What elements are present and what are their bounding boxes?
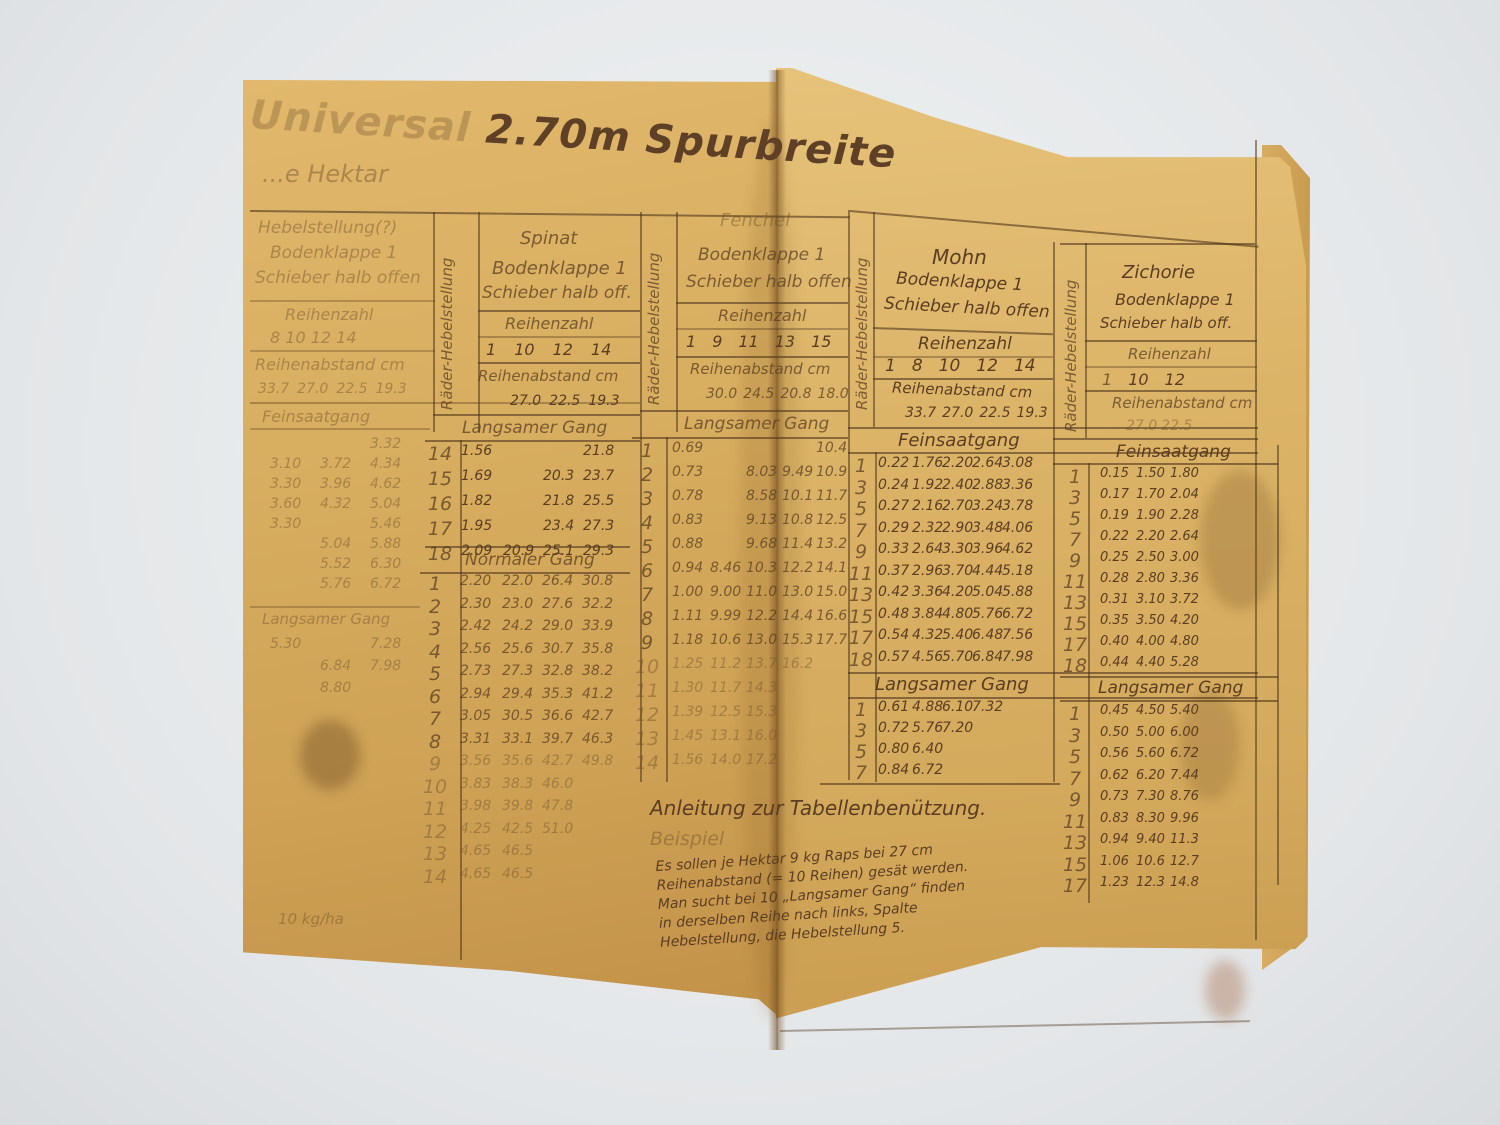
lever-cell: 13 <box>632 728 662 752</box>
cell: 17.7 <box>816 632 850 656</box>
grid-vline <box>873 212 875 427</box>
cell: 8.46 <box>710 560 746 584</box>
cell: 6.20 <box>1136 768 1170 790</box>
table-row: 73.0530.536.642.7 <box>420 708 622 731</box>
cell: 5.76 <box>912 720 942 741</box>
col0-reihenzahl-label: Reihenzahl <box>285 305 373 324</box>
cell: 15.3 <box>782 632 816 656</box>
cell: 5.88 <box>370 536 408 552</box>
cell: 3.10 <box>270 456 308 472</box>
cell: 4.32 <box>912 627 942 649</box>
cell: 46.3 <box>582 731 622 754</box>
cell: 0.42 <box>878 584 912 606</box>
lever-cell: 5 <box>632 536 662 560</box>
lever-cell: 16 <box>425 493 455 515</box>
cell: 13.1 <box>710 728 746 752</box>
cell: 9.49 <box>782 464 816 488</box>
cell: 9.96 <box>1170 811 1204 833</box>
cell: 1.95 <box>461 518 503 540</box>
table-row: 50.191.902.28 <box>1060 508 1204 529</box>
lever-cell: 11 <box>420 798 450 821</box>
table-row: 90.332.643.303.964.62 <box>846 541 1032 563</box>
cell: 7.32 <box>972 699 1002 720</box>
cell: 6.84 <box>972 649 1002 671</box>
cell: 2.20 <box>1136 529 1170 550</box>
cell: 30.7 <box>542 641 582 664</box>
cell: 7.56 <box>1002 627 1032 649</box>
cell: 1.11 <box>672 608 710 632</box>
table-row: 3.305.46 <box>270 516 408 532</box>
lever-cell: 11 <box>632 680 662 704</box>
lever-cell: 9 <box>846 541 876 563</box>
cell: 15.3 <box>746 704 782 728</box>
table-row: 101.2511.213.716.2 <box>632 656 850 680</box>
spinat-header-line-2: Bodenklappe 1 <box>492 258 627 279</box>
table-row: 50.806.40 <box>846 741 1002 762</box>
cell: 10 <box>1128 370 1148 389</box>
grid-hline <box>632 437 848 439</box>
cell: 9 <box>712 332 722 351</box>
cell <box>270 556 308 572</box>
cell <box>503 468 543 490</box>
cell: 3.31 <box>460 731 502 754</box>
cell: 1 <box>486 340 496 359</box>
cell <box>782 680 816 704</box>
cell: 2.30 <box>460 596 502 619</box>
grid-hline <box>676 302 848 304</box>
cell: 0.33 <box>878 541 912 563</box>
cell: 33.7 <box>258 381 289 397</box>
cell: 16.0 <box>746 728 782 752</box>
cell: 11.7 <box>710 680 746 704</box>
cell: 12 <box>976 356 998 376</box>
mohn-reihenzahl-values: 1 8 10 12 14 <box>885 356 1036 376</box>
cell: 14 <box>591 340 611 359</box>
cell: 12.5 <box>816 512 850 536</box>
table-row: 10.151.501.80 <box>1060 466 1204 487</box>
grid-hline <box>478 336 640 338</box>
cell: 0.37 <box>878 563 912 585</box>
cell <box>320 636 358 652</box>
grid-hline <box>1085 390 1257 392</box>
cell: 3.96 <box>972 541 1002 563</box>
cell: 11.4 <box>782 536 816 560</box>
lever-cell: 13 <box>1060 592 1090 613</box>
stain <box>300 720 360 790</box>
table-row: 5.307.28 <box>270 636 408 652</box>
cell: 21.8 <box>583 443 623 465</box>
cell: 5.40 <box>1170 703 1204 725</box>
cell <box>816 680 850 704</box>
table-row: 10.614.886.107.32 <box>846 699 1002 720</box>
table-row: 50.565.606.72 <box>1060 746 1204 768</box>
table-row: 141.5621.8 <box>425 443 623 465</box>
cell: 6.84 <box>320 658 358 674</box>
cell: 5.00 <box>1136 725 1170 747</box>
cell: 3.98 <box>460 798 502 821</box>
cell: 35.3 <box>542 686 582 709</box>
lever-cell: 15 <box>846 606 876 628</box>
cell: 0.62 <box>1100 768 1136 790</box>
lever-cell: 2 <box>420 596 450 619</box>
cell: 10.8 <box>782 512 816 536</box>
cell: 12.3 <box>1136 875 1170 897</box>
cell: 8.03 <box>746 464 782 488</box>
cell: 8 <box>912 356 923 376</box>
table-row: 171.9523.427.3 <box>425 518 623 540</box>
cell: 5.46 <box>370 516 408 532</box>
cell: 18.0 <box>818 386 849 402</box>
cell: 0.72 <box>878 720 912 741</box>
col0-header-line-2: Bodenklappe 1 <box>270 243 397 263</box>
cell: 39.8 <box>502 798 542 821</box>
cell: 30.8 <box>582 573 622 596</box>
cell: 3.05 <box>460 708 502 731</box>
cell: 1.50 <box>1136 466 1170 487</box>
cell <box>710 536 746 560</box>
grid-hline <box>425 546 630 548</box>
cell: 3.60 <box>270 496 308 512</box>
cell: 2.04 <box>1170 487 1204 508</box>
cell: 29.4 <box>502 686 542 709</box>
cell: 13.2 <box>816 536 850 560</box>
cell <box>270 658 308 674</box>
cell: 0.69 <box>672 440 710 464</box>
cell: 13.7 <box>746 656 782 680</box>
cell <box>710 464 746 488</box>
cell: 33.1 <box>502 731 542 754</box>
cell: 7.98 <box>370 658 408 674</box>
lever-label-spinat: Räder-Hebelstellung <box>438 258 456 410</box>
cell: 1.70 <box>1136 487 1170 508</box>
cell: 3.30 <box>270 516 308 532</box>
cell: 3.96 <box>320 476 358 492</box>
lever-cell: 17 <box>846 627 876 649</box>
cell: 9.13 <box>746 512 782 536</box>
cell: 47.8 <box>542 798 582 821</box>
cell: 15.0 <box>816 584 850 608</box>
cell: 42.5 <box>502 821 542 844</box>
cell: 12.7 <box>1170 854 1204 876</box>
lever-cell: 7 <box>846 762 876 783</box>
table-row: 180.574.565.706.847.98 <box>846 649 1032 671</box>
cell: 7.20 <box>942 720 972 741</box>
cell: 42.7 <box>582 708 622 731</box>
cell: 1.76 <box>912 455 942 477</box>
cell: 1.25 <box>672 656 710 680</box>
cell: 4.34 <box>370 456 408 472</box>
lever-cell: 9 <box>1060 550 1090 571</box>
cell: 13.0 <box>746 632 782 656</box>
spinat-reihenabstand-values: 27.0 22.5 19.3 <box>510 393 620 409</box>
lever-cell: 11 <box>1060 811 1090 833</box>
cell: 0.94 <box>1100 832 1136 854</box>
cell: 1.56 <box>461 443 503 465</box>
col0-reihenzahl-values: 8 10 12 14 <box>270 328 357 347</box>
zichorie-reihenzahl-values: 1 10 12 <box>1102 370 1185 389</box>
cell: 3.72 <box>320 456 358 472</box>
cell: 4.56 <box>912 649 942 671</box>
spinat-normal-label: Normaler Gang <box>465 550 595 570</box>
table-row: 70.292.322.903.484.06 <box>846 520 1032 542</box>
instructions-body: Es sollen je Hektar 9 kg Raps bei 27 cm … <box>655 839 972 953</box>
grid-vline <box>676 212 678 432</box>
cell: 0.28 <box>1100 571 1136 592</box>
cell: 3.48 <box>972 520 1002 542</box>
table-row: 3.303.964.62 <box>270 476 408 492</box>
table-row: 70.222.202.64 <box>1060 529 1204 550</box>
lever-cell: 7 <box>420 708 450 731</box>
table-row: 50.889.6811.413.2 <box>632 536 850 560</box>
cell: 12.2 <box>746 608 782 632</box>
cell: 2.40 <box>942 477 972 499</box>
cell <box>582 776 622 799</box>
cell: 1.69 <box>461 468 503 490</box>
cell: 38.3 <box>502 776 542 799</box>
cell: 0.48 <box>878 606 912 628</box>
lever-cell: 3 <box>1060 487 1090 508</box>
cell: 5.76 <box>972 606 1002 628</box>
lever-cell: 17 <box>1060 875 1090 897</box>
cell: 33.9 <box>582 618 622 641</box>
mohn-langsam-table: 10.614.886.107.32 30.725.767.20 50.806.4… <box>846 699 1002 783</box>
lever-cell: 1 <box>1060 466 1090 487</box>
cell: 16.2 <box>782 656 816 680</box>
lever-cell: 8 <box>632 608 662 632</box>
lever-cell: 13 <box>1060 832 1090 854</box>
cell: 14.0 <box>710 752 746 776</box>
cell: 1.18 <box>672 632 710 656</box>
zichorie-name: Zichorie <box>1122 262 1195 283</box>
table-row: 5.045.88 <box>270 536 408 552</box>
cell: 1.56 <box>672 752 710 776</box>
cell: 49.8 <box>582 753 622 776</box>
cell: 8.76 <box>1170 789 1204 811</box>
cell: 10 <box>514 340 534 359</box>
cell <box>270 536 308 552</box>
table-row: 83.3133.139.746.3 <box>420 731 622 754</box>
cell: 15 <box>811 332 831 351</box>
cell: 8.30 <box>1136 811 1170 833</box>
cell: 2.20 <box>460 573 502 596</box>
table-row: 22.3023.027.632.2 <box>420 596 622 619</box>
lever-cell: 17 <box>1060 634 1090 655</box>
cell: 11.2 <box>710 656 746 680</box>
mohn-reihenzahl-label: Reihenzahl <box>918 334 1012 354</box>
cell: 5.04 <box>320 536 358 552</box>
lever-label-mohn: Räder-Hebelstellung <box>853 258 871 410</box>
zichorie-reihenzahl-label: Reihenzahl <box>1128 345 1211 363</box>
cell: 0.61 <box>878 699 912 720</box>
cell: 11.0 <box>746 584 782 608</box>
lever-cell: 11 <box>1060 571 1090 592</box>
cell: 5.52 <box>320 556 358 572</box>
cell: 4.65 <box>460 866 502 889</box>
cell: 3.83 <box>460 776 502 799</box>
cell: 4.65 <box>460 843 502 866</box>
cell: 3.36 <box>1170 571 1204 592</box>
grid-vline <box>433 212 435 432</box>
table-row: 30.171.702.04 <box>1060 487 1204 508</box>
cell: 27.0 <box>1126 418 1157 434</box>
table-row: 141.5614.017.2 <box>632 752 850 776</box>
lever-cell: 3 <box>1060 725 1090 747</box>
cell: 8.58 <box>746 488 782 512</box>
lever-cell: 1 <box>420 573 450 596</box>
cell: 2.96 <box>912 563 942 585</box>
table-row: 42.5625.630.735.8 <box>420 641 622 664</box>
cell: 4.32 <box>320 496 358 512</box>
lever-cell: 9 <box>1060 789 1090 811</box>
cell: 0.31 <box>1100 592 1136 613</box>
table-row: 144.6546.5 <box>420 866 622 889</box>
page-bottom-rule <box>780 1020 1250 1032</box>
table-row: 3.604.325.04 <box>270 496 408 512</box>
cell: 27.0 <box>510 393 541 409</box>
cell: 6.72 <box>370 576 408 592</box>
cell: 24.5 <box>743 386 774 402</box>
cell: 3.10 <box>1136 592 1170 613</box>
lever-cell: 15 <box>1060 613 1090 634</box>
grid-vline <box>1053 242 1055 782</box>
cell: 8.80 <box>320 680 358 696</box>
table-row: 180.444.405.28 <box>1060 655 1204 676</box>
cell: 1.30 <box>672 680 710 704</box>
cell: 1.45 <box>672 728 710 752</box>
cell: 0.19 <box>1100 508 1136 529</box>
fenchel-header-line-2: Bodenklappe 1 <box>698 245 825 265</box>
lever-cell: 15 <box>1060 854 1090 876</box>
fenchel-reihenabstand-label: Reihenabstand cm <box>690 360 830 378</box>
cell: 5.70 <box>942 649 972 671</box>
fenchel-reihenzahl-values: 1 9 11 13 15 <box>686 332 831 351</box>
cell <box>782 752 816 776</box>
cell: 32.2 <box>582 596 622 619</box>
cell <box>582 821 622 844</box>
cell: 5.60 <box>1136 746 1170 768</box>
cell: 1.06 <box>1100 854 1136 876</box>
cell <box>270 436 308 452</box>
cell: 5.18 <box>1002 563 1032 585</box>
document-subtitle: ...e Hektar <box>262 160 388 188</box>
cell: 0.17 <box>1100 487 1136 508</box>
table-row: 103.8338.346.0 <box>420 776 622 799</box>
lever-label-zichorie: Räder-Hebelstellung <box>1062 280 1080 432</box>
grid-hline <box>250 606 420 608</box>
table-row: 62.9429.435.341.2 <box>420 686 622 709</box>
cell: 5.04 <box>972 584 1002 606</box>
cell: 1.92 <box>912 477 942 499</box>
cell: 25.6 <box>502 641 542 664</box>
cell <box>542 866 582 889</box>
cell: 1 <box>686 332 696 351</box>
cell: 14 <box>1014 356 1036 376</box>
table-row: 151.6920.323.7 <box>425 468 623 490</box>
cell: 16.6 <box>816 608 850 632</box>
lever-cell: 8 <box>420 731 450 754</box>
cell: 23.0 <box>502 596 542 619</box>
cell: 0.83 <box>1100 811 1136 833</box>
lever-cell: 7 <box>1060 529 1090 550</box>
cell: 1.82 <box>461 493 503 515</box>
cell: 5.28 <box>1170 655 1204 676</box>
cell: 20.8 <box>780 386 811 402</box>
spinat-reihenzahl-values: 1 10 12 14 <box>486 340 611 359</box>
cell: 3.32 <box>370 436 408 452</box>
cell: 9.68 <box>746 536 782 560</box>
cell: 0.73 <box>672 464 710 488</box>
cell: 2.16 <box>912 498 942 520</box>
cell: 24.2 <box>502 618 542 641</box>
cell: 6.48 <box>972 627 1002 649</box>
table-row: 30.788.5810.111.7 <box>632 488 850 512</box>
table-row: 81.119.9912.214.416.6 <box>632 608 850 632</box>
cell: 10.1 <box>782 488 816 512</box>
cell <box>816 752 850 776</box>
cell <box>320 436 358 452</box>
cell: 5.76 <box>320 576 358 592</box>
cell <box>542 843 582 866</box>
table-row: 113.9839.847.8 <box>420 798 622 821</box>
cell: 2.32 <box>912 520 942 542</box>
lever-cell: 5 <box>846 741 876 762</box>
mohn-reihenabstand-values: 33.7 27.0 22.5 19.3 <box>905 405 1048 421</box>
zichorie-langsam-label: Langsamer Gang <box>1098 678 1243 698</box>
lever-cell: 18 <box>1060 655 1090 676</box>
zichorie-reihenabstand-label: Reihenabstand cm <box>1112 394 1252 412</box>
table-row: 111.3011.714.3 <box>632 680 850 704</box>
table-row: 71.009.0011.013.015.0 <box>632 584 850 608</box>
cell: 22.5 <box>1161 418 1192 434</box>
lever-cell: 3 <box>846 477 876 499</box>
cell: 7.44 <box>1170 768 1204 790</box>
table-row: 12.2022.026.430.8 <box>420 573 622 596</box>
fenchel-reihenzahl-label: Reihenzahl <box>718 306 806 325</box>
col0-footer: 10 kg/ha <box>278 910 344 928</box>
cell: 10.6 <box>710 632 746 656</box>
grid-hline <box>1060 700 1278 702</box>
table-row: 161.8221.825.5 <box>425 493 623 515</box>
cell: 1.90 <box>1136 508 1170 529</box>
cell <box>710 488 746 512</box>
cell <box>782 728 816 752</box>
cell: 2.28 <box>1170 508 1204 529</box>
lever-cell: 5 <box>1060 508 1090 529</box>
cell: 3.70 <box>942 563 972 585</box>
cell: 3.84 <box>912 606 942 628</box>
cell <box>503 443 543 465</box>
cell: 0.94 <box>672 560 710 584</box>
cell: 2.64 <box>912 541 942 563</box>
spinat-name: Spinat <box>520 228 577 249</box>
cell <box>816 704 850 728</box>
table-row: 30.241.922.402.883.36 <box>846 477 1032 499</box>
lever-cell: 18 <box>846 649 876 671</box>
cell: 4.44 <box>972 563 1002 585</box>
cell: 0.29 <box>878 520 912 542</box>
cell: 4.80 <box>1170 634 1204 655</box>
grid-hline <box>478 362 640 364</box>
table-row: 3.32 <box>270 436 408 452</box>
cell: 1.39 <box>672 704 710 728</box>
cell: 2.73 <box>460 663 502 686</box>
mohn-langsam-label: Langsamer Gang <box>875 674 1029 695</box>
fenchel-name: Fenchel <box>720 210 790 231</box>
cell: 6.00 <box>1170 725 1204 747</box>
cell: 0.88 <box>672 536 710 560</box>
cell: 39.7 <box>542 731 582 754</box>
lever-cell: 7 <box>1060 768 1090 790</box>
